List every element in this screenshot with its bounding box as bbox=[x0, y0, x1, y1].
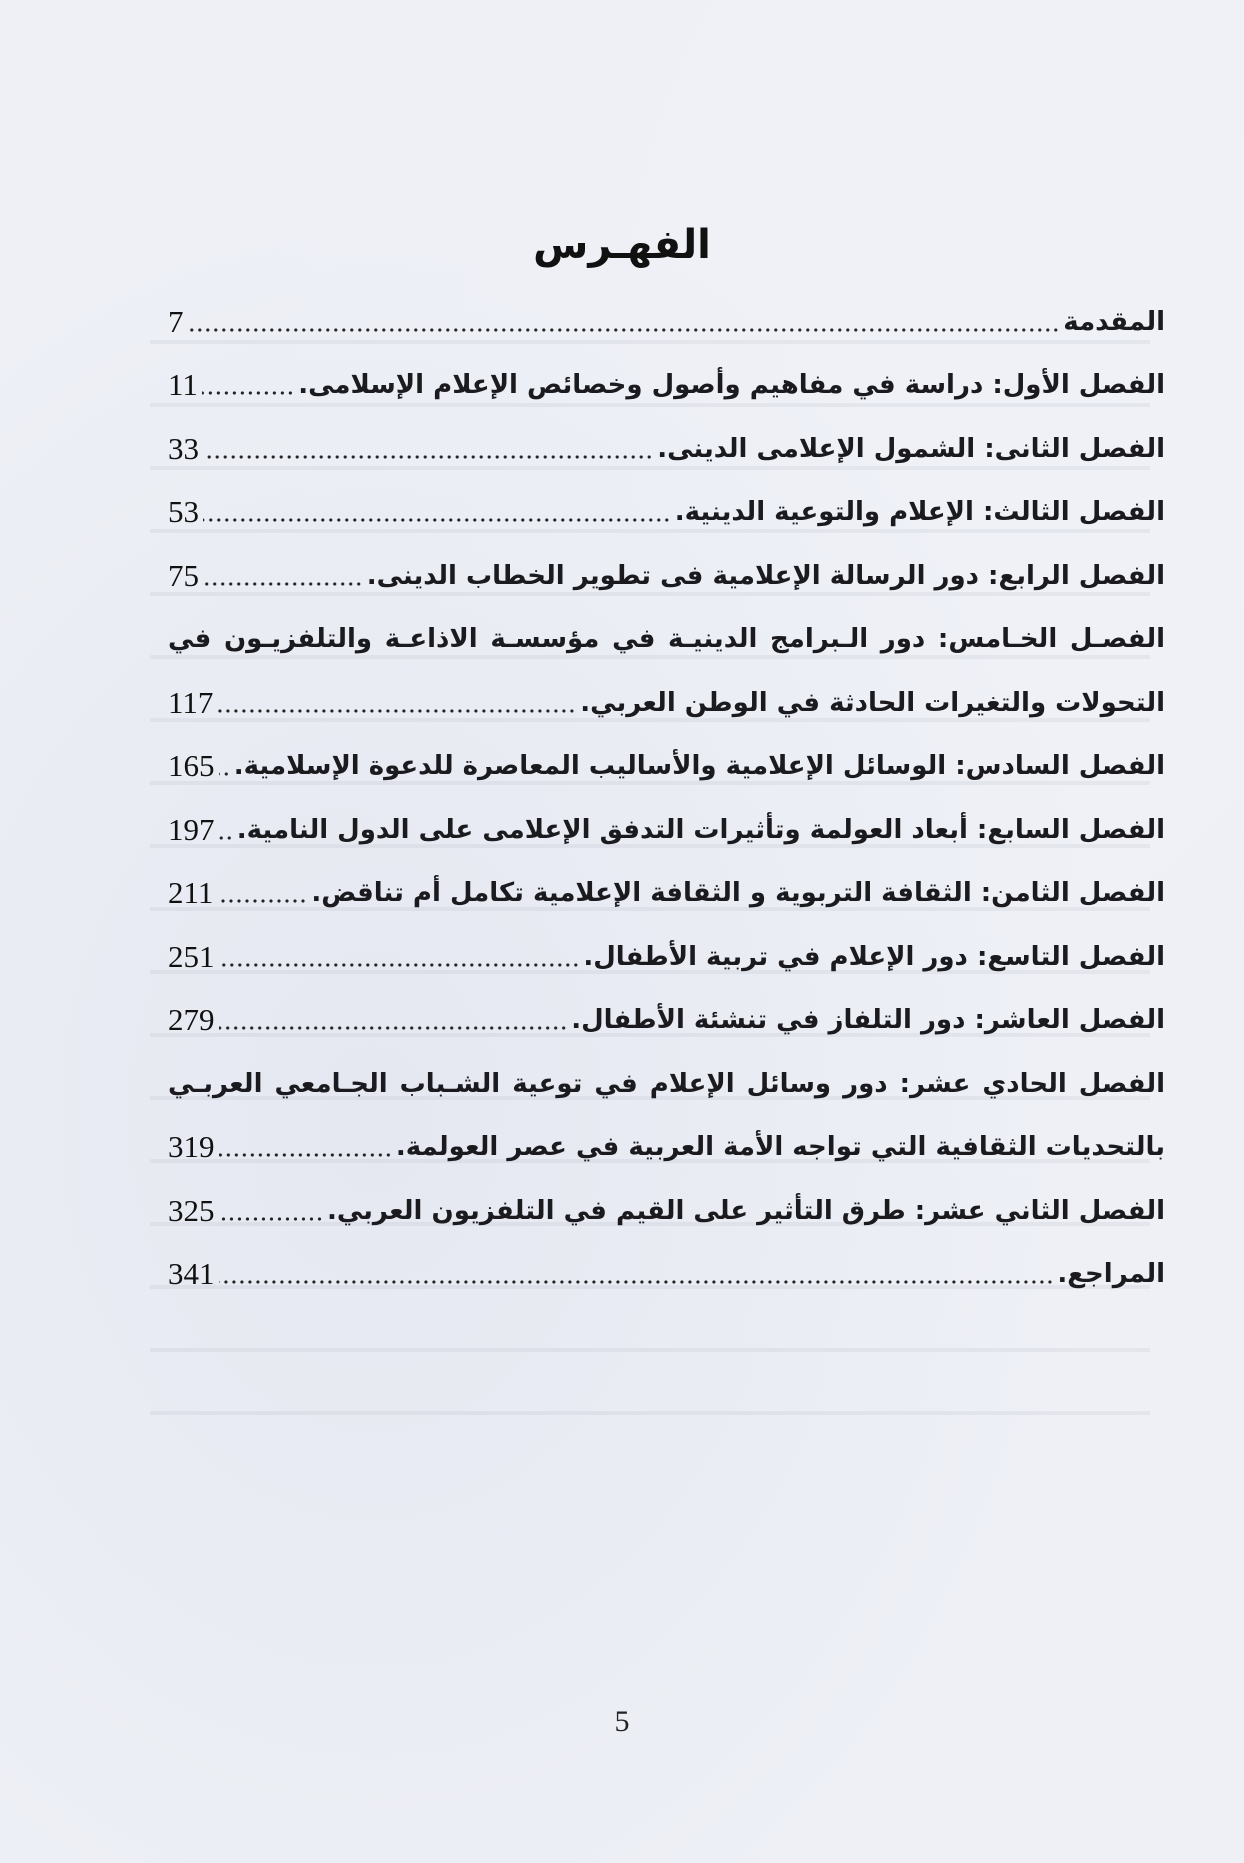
toc-entry-text: الفصل الثالث: الإعلام والتوعية الدينية. bbox=[675, 497, 1165, 527]
dot-leader bbox=[219, 1151, 392, 1159]
toc-entry-text: الفصل التاسع: دور الإعلام في تربية الأطف… bbox=[583, 942, 1165, 972]
toc-entry-page: 7 bbox=[168, 304, 184, 340]
dot-leader bbox=[203, 453, 653, 461]
toc-entry-chapter-8: الفصل الثامن: الثقافة التربوية و الثقافة… bbox=[168, 862, 1165, 926]
dot-leader bbox=[219, 1024, 568, 1032]
toc-entry-page: 117 bbox=[168, 685, 213, 721]
page-title: الفهـرس bbox=[0, 222, 1244, 268]
toc-entry-chapter-11-line-1: الفصل الحادي عشر: دور وسائل الإعلام في ت… bbox=[168, 1052, 1165, 1116]
toc-entry-page: 75 bbox=[168, 558, 199, 594]
toc-entry-page: 325 bbox=[168, 1193, 215, 1229]
toc-entry-text: الفصل الرابع: دور الرسالة الإعلامية فى ت… bbox=[367, 561, 1165, 591]
dot-leader bbox=[203, 516, 671, 524]
toc-entry-text: المقدمة bbox=[1063, 307, 1165, 337]
dot-leader bbox=[203, 580, 363, 588]
toc-entry-text: الفصل الثاني عشر: طرق التأثير على القيم … bbox=[327, 1196, 1165, 1226]
toc-entry-page: 319 bbox=[168, 1129, 215, 1165]
toc-entry-text: الفصل الحادي عشر: دور وسائل الإعلام في ت… bbox=[168, 1069, 1165, 1099]
toc-entry-page: 197 bbox=[168, 812, 215, 848]
toc-entry-chapter-2: الفصل الثانى: الشمول الإعلامى الدينى. 33 bbox=[168, 417, 1165, 481]
toc-entry-text: المراجع. bbox=[1057, 1259, 1165, 1289]
toc-entry-page: 251 bbox=[168, 939, 215, 975]
toc-entry-chapter-10: الفصل العاشر: دور التلفاز في تنشئة الأطف… bbox=[168, 989, 1165, 1053]
toc-entry-chapter-11-line-2: بالتحديات الثقافية التي تواجه الأمة العر… bbox=[168, 1116, 1165, 1180]
toc-entry-text: الفصـل الخـامس: دور الـبرامج الدينيـة في… bbox=[168, 624, 1165, 654]
toc-entry-chapter-9: الفصل التاسع: دور الإعلام في تربية الأطف… bbox=[168, 925, 1165, 989]
toc-entry-text: الفصل الثانى: الشمول الإعلامى الدينى. bbox=[657, 434, 1165, 464]
dot-leader bbox=[219, 1278, 1054, 1286]
toc-entry-page: 33 bbox=[168, 431, 199, 467]
dot-leader bbox=[219, 1215, 323, 1223]
dot-leader bbox=[219, 961, 580, 969]
book-page: الفهـرس المقدمة 7 الفصل الأول: دراسة في … bbox=[0, 0, 1244, 1863]
toc-entry-text: الفصل السادس: الوسائل الإعلامية والأسالي… bbox=[234, 751, 1165, 781]
toc-entry-chapter-1: الفصل الأول: دراسة في مفاهيم وأصول وخصائ… bbox=[168, 354, 1165, 418]
table-of-contents: المقدمة 7 الفصل الأول: دراسة في مفاهيم و… bbox=[168, 290, 1165, 1306]
dot-leader bbox=[188, 326, 1060, 334]
toc-entry-text: الفصل العاشر: دور التلفاز في تنشئة الأطف… bbox=[571, 1005, 1165, 1035]
toc-entry-chapter-12: الفصل الثاني عشر: طرق التأثير على القيم … bbox=[168, 1179, 1165, 1243]
toc-entry-chapter-5-line-1: الفصـل الخـامس: دور الـبرامج الدينيـة في… bbox=[168, 608, 1165, 672]
toc-entry-chapter-5-line-2: التحولات والتغيرات الحادثة في الوطن العر… bbox=[168, 671, 1165, 735]
dot-leader bbox=[202, 389, 294, 397]
toc-entry-chapter-4: الفصل الرابع: دور الرسالة الإعلامية فى ت… bbox=[168, 544, 1165, 608]
page-number: 5 bbox=[0, 1705, 1244, 1739]
toc-entry-references: المراجع. 341 bbox=[168, 1243, 1165, 1307]
dot-leader bbox=[219, 834, 233, 842]
toc-entry-introduction: المقدمة 7 bbox=[168, 290, 1165, 354]
toc-entry-text: الفصل السابع: أبعاد العولمة وتأثيرات الت… bbox=[237, 815, 1165, 845]
toc-entry-chapter-7: الفصل السابع: أبعاد العولمة وتأثيرات الت… bbox=[168, 798, 1165, 862]
toc-entry-chapter-6: الفصل السادس: الوسائل الإعلامية والأسالي… bbox=[168, 735, 1165, 799]
dot-leader bbox=[217, 707, 576, 715]
toc-entry-text: الفصل الأول: دراسة في مفاهيم وأصول وخصائ… bbox=[298, 370, 1165, 400]
toc-entry-chapter-3: الفصل الثالث: الإعلام والتوعية الدينية. … bbox=[168, 481, 1165, 545]
toc-entry-page: 279 bbox=[168, 1002, 215, 1038]
dot-leader bbox=[219, 770, 230, 778]
toc-entry-text: الفصل الثامن: الثقافة التربوية و الثقافة… bbox=[311, 878, 1165, 908]
toc-entry-text: التحولات والتغيرات الحادثة في الوطن العر… bbox=[580, 688, 1165, 718]
toc-entry-page: 341 bbox=[168, 1256, 215, 1292]
toc-entry-page: 211 bbox=[168, 875, 213, 911]
toc-entry-page: 11 bbox=[168, 367, 198, 403]
toc-entry-text: بالتحديات الثقافية التي تواجه الأمة العر… bbox=[396, 1132, 1165, 1162]
dot-leader bbox=[217, 897, 307, 905]
toc-entry-page: 165 bbox=[168, 748, 215, 784]
toc-entry-page: 53 bbox=[168, 494, 199, 530]
